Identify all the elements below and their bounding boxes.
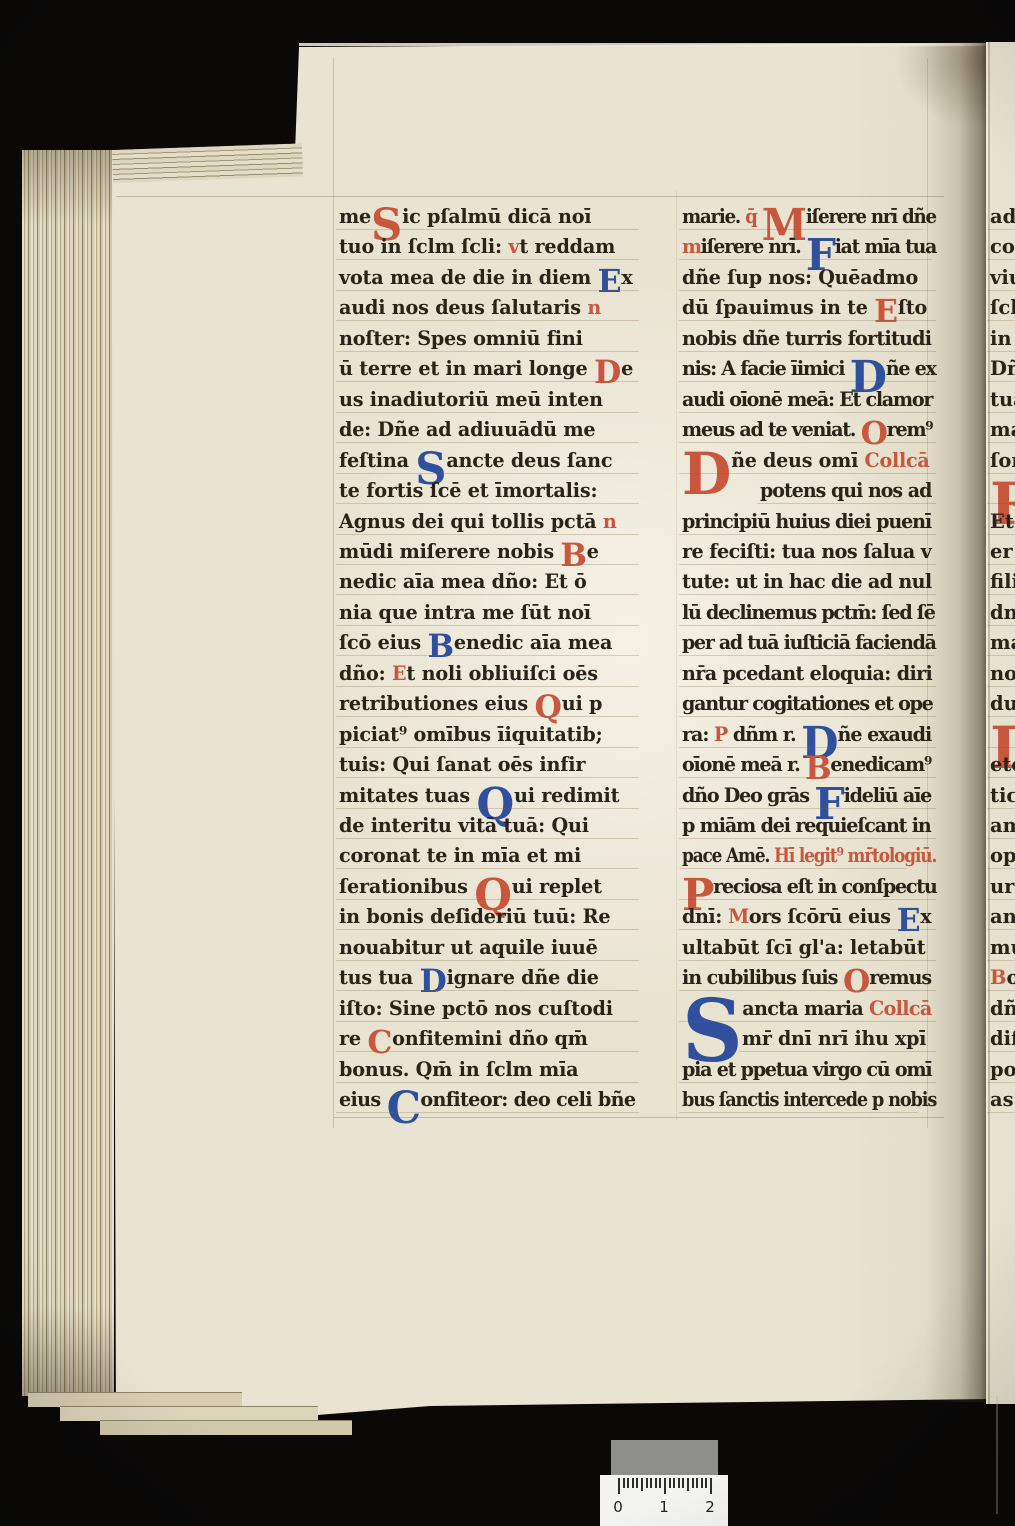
body-text: ors ſcōrū eius bbox=[749, 905, 897, 928]
text-line: dnī bbox=[990, 598, 1015, 629]
text-line: tuo in ſclm ſcli: vt reddam bbox=[339, 232, 634, 263]
text-line: retributiones eius Qui p bbox=[339, 689, 634, 720]
ruler-tick bbox=[641, 1478, 643, 1491]
body-text: Et n bbox=[990, 510, 1015, 533]
leaf-bottom-edge bbox=[100, 1420, 352, 1435]
body-text: ignare dñe die bbox=[447, 966, 599, 989]
text-line: viuī bbox=[990, 263, 1015, 294]
body-text: e bbox=[621, 357, 633, 380]
text-line: tus tua Dignare dñe die bbox=[339, 963, 634, 994]
text-line: dñe ſup nos: Quēadmo bbox=[682, 263, 931, 294]
binding-thread bbox=[996, 1396, 998, 1514]
text-line: pia et ppetua virgo cū omī bbox=[682, 1055, 931, 1086]
text-line: Preciosa eſt in conſpectu bbox=[682, 872, 931, 903]
rubric-text: n bbox=[587, 296, 601, 319]
body-text: ur: bbox=[990, 875, 1015, 898]
body-text: ic pſalmū dicā noī bbox=[402, 205, 591, 228]
text-line: miſerere nrī. Fiat mīa tua bbox=[682, 232, 927, 263]
body-text: filio bbox=[990, 570, 1015, 593]
body-text: ultabūt ſcī gl'a: letabūt bbox=[682, 936, 925, 959]
text-line: ra: P dñm r. Dñe exaudi bbox=[682, 720, 931, 751]
text-line: opi bbox=[990, 841, 1015, 872]
text-line: nr̄a pcedant eloquia: diri bbox=[682, 659, 931, 690]
body-text: ui replet bbox=[512, 875, 602, 898]
ruler-label: 0 bbox=[608, 1498, 628, 1516]
text-line: Re bbox=[990, 476, 1015, 507]
text-line: er ui bbox=[990, 537, 1015, 568]
text-line: ur: bbox=[990, 872, 1015, 903]
body-text: mar̄ bbox=[990, 418, 1015, 441]
ruler-tick bbox=[632, 1478, 634, 1488]
body-text: er ui bbox=[990, 540, 1015, 563]
text-line: oīonē meā r. Benedicam⁹ bbox=[682, 750, 931, 781]
body-text: retributiones eius bbox=[339, 692, 535, 715]
ruler-tick bbox=[627, 1478, 629, 1488]
text-line: Agnus dei qui tollis pctā n bbox=[339, 507, 634, 538]
text-line: gantur cogitationes et ope bbox=[682, 689, 931, 720]
body-text: ſto bbox=[898, 296, 927, 319]
text-line: ticā bbox=[990, 781, 1015, 812]
text-line: principiū huius diei puenī bbox=[682, 507, 931, 538]
text-line: nedic aīa mea dño: Et ō bbox=[339, 567, 634, 598]
body-text: as bbox=[990, 1088, 1014, 1111]
body-text: dñm r. bbox=[727, 723, 801, 746]
body-text: mitates tuas bbox=[339, 784, 476, 807]
body-text: tute: ut in hac die ad nul bbox=[682, 570, 932, 593]
body-text: lū declinemus pctm̄: ſed ſē bbox=[682, 601, 935, 624]
manuscript-photo: meSic pſalmū dicā noītuo in ſclm ſcli: v… bbox=[0, 0, 1015, 1526]
rubric-text: n bbox=[603, 510, 617, 533]
rubric-text: v bbox=[508, 235, 519, 258]
body-text: re feciſti: tua nos ſalua v bbox=[682, 540, 931, 563]
text-line: tute: ut in hac die ad nul bbox=[682, 567, 931, 598]
text-line: tuis: Qui ſanat oēs infir bbox=[339, 750, 634, 781]
ruler-tick bbox=[646, 1478, 648, 1488]
ruler-label: 1 bbox=[654, 1498, 674, 1516]
body-text: nis: A facie īimici bbox=[682, 357, 850, 380]
body-text: ſcō eius bbox=[339, 631, 427, 654]
text-line: dnī: Mors ſcōrū eius Ex bbox=[682, 902, 931, 933]
text-line: eteī bbox=[990, 750, 1015, 781]
text-line: dū ſpauimus in te Eſto bbox=[682, 293, 931, 324]
body-text: nos bbox=[990, 662, 1015, 685]
body-text: opi bbox=[990, 844, 1015, 867]
text-line: piciat⁹ omībus īiquitatib; bbox=[339, 720, 634, 751]
ruler-label: 2 bbox=[700, 1498, 720, 1516]
text-line: tua bbox=[990, 385, 1015, 416]
body-text: iſerere nrī dñe bbox=[806, 205, 936, 228]
body-text: diſ bbox=[990, 1027, 1015, 1050]
body-text: piciat⁹ omībus īiquitatib; bbox=[339, 723, 602, 746]
body-text: bonus. Qm̄ in ſclm mīa bbox=[339, 1058, 578, 1081]
body-text: dñe ſup nos: Quēadmo bbox=[682, 266, 918, 289]
text-line: lū declinemus pctm̄: ſed ſē bbox=[682, 598, 931, 629]
text-line: nis: A facie īimici Dñe ex bbox=[682, 354, 931, 385]
text-line: re feciſti: tua nos ſalua v bbox=[682, 537, 931, 568]
body-text: x bbox=[621, 266, 632, 289]
text-line: dño: Et noli obliuiſci oēs bbox=[339, 659, 634, 690]
rubric-text: E bbox=[392, 662, 406, 685]
text-line: am bbox=[990, 811, 1015, 842]
body-text: tuis: Qui ſanat oēs infir bbox=[339, 753, 585, 776]
body-text: ſon bbox=[990, 449, 1015, 472]
body-text: tuo in ſclm ſcli: bbox=[339, 235, 508, 258]
body-text: ideliū aīe bbox=[844, 784, 931, 807]
rubric-text: B bbox=[990, 966, 1006, 989]
text-line: marie. q̄ Miſerere nrī dñe bbox=[682, 202, 918, 233]
bottom-ruling-line bbox=[334, 1117, 944, 1118]
ruler-tick bbox=[687, 1478, 689, 1491]
body-text: per ad tuā iuſticiā faciendā bbox=[682, 631, 936, 654]
text-line: Bo bbox=[990, 963, 1015, 994]
text-line: te fortis ſcē et īmortalis: bbox=[339, 476, 634, 507]
rubric-text: P bbox=[714, 723, 727, 746]
text-line: audi nos deus ſalutaris n bbox=[339, 293, 634, 324]
rubric-text: m bbox=[682, 235, 701, 258]
text-line: co a bbox=[990, 232, 1015, 263]
body-text: ſclā bbox=[990, 296, 1015, 319]
body-text: onfiteor: deo celi bñe bbox=[420, 1088, 635, 1111]
body-text: tus tua bbox=[339, 966, 419, 989]
body-text: ancta maria bbox=[742, 997, 869, 1020]
body-text: nobis dñe turris fortitudi bbox=[682, 327, 931, 350]
text-line: as bbox=[990, 1085, 1015, 1116]
body-text: re bbox=[339, 1027, 367, 1050]
body-text: dño: bbox=[339, 662, 392, 685]
text-line: ani bbox=[990, 902, 1015, 933]
text-line: De bbox=[990, 720, 1015, 751]
body-text: ticā bbox=[990, 784, 1015, 807]
text-line: ultabūt ſcī gl'a: letabūt bbox=[682, 933, 931, 964]
left-bounding-line bbox=[333, 58, 334, 1128]
body-text: enedicam⁹ bbox=[830, 753, 931, 776]
text-line: mitates tuas Qui redimit bbox=[339, 781, 634, 812]
body-text: tua bbox=[990, 388, 1015, 411]
body-text: dnī: bbox=[682, 905, 728, 928]
body-text: ancte deus ſanc bbox=[446, 449, 612, 472]
text-line: de interitu vitā tuā: Qui bbox=[339, 811, 634, 842]
body-text: nr̄a pcedant eloquia: diri bbox=[682, 662, 932, 685]
body-text: mai bbox=[990, 631, 1015, 654]
ruler-tick bbox=[618, 1478, 620, 1494]
body-text: reciosa eſt in conſpectu bbox=[713, 875, 936, 898]
top-ruling-line bbox=[116, 196, 944, 197]
body-text: eius bbox=[339, 1088, 387, 1111]
body-text: ra: bbox=[682, 723, 714, 746]
text-line: Et n bbox=[990, 507, 1015, 538]
body-text: ſerationibus bbox=[339, 875, 474, 898]
body-text: nia que intra me ſūt noī bbox=[339, 601, 591, 624]
body-text: principiū huius diei puenī bbox=[682, 510, 931, 533]
body-text: bus ſanctis intercede p nobis bbox=[682, 1088, 936, 1111]
ruler-tick bbox=[669, 1478, 671, 1488]
body-text: ñe ex bbox=[886, 357, 936, 380]
text-line: nouabitur ut aquile iuuē bbox=[339, 933, 634, 964]
text-line: de: Dñe ad adiuuādū me bbox=[339, 415, 634, 446]
text-line: in ai bbox=[990, 324, 1015, 355]
body-text: iſto: Sine pctō nos cuſtodi bbox=[339, 997, 613, 1020]
leaf-bottom-edge bbox=[60, 1406, 318, 1421]
text-line: per ad tuā iuſticiā faciendā bbox=[682, 628, 929, 659]
body-text: t reddam bbox=[519, 235, 615, 258]
body-text: ñe deus omī bbox=[731, 449, 864, 472]
body-text: pia et ppetua virgo cū omī bbox=[682, 1058, 931, 1081]
body-text: dū ſpauimus in te bbox=[682, 296, 874, 319]
rubric-text: q̄ bbox=[745, 205, 756, 228]
text-line: dñ bbox=[990, 994, 1015, 1025]
body-text: iat mīa tua bbox=[835, 235, 936, 258]
body-text: ui redimit bbox=[514, 784, 619, 807]
text-line: nobis dñe turris fortitudi bbox=[682, 324, 931, 355]
ruler-tick bbox=[682, 1478, 684, 1488]
ruler-tick bbox=[650, 1478, 652, 1488]
scale-bar-gray-block bbox=[611, 1440, 718, 1477]
ruler-tick bbox=[623, 1478, 625, 1488]
text-line: feſtina Sancte deus ſanc bbox=[339, 446, 634, 477]
body-text: co a bbox=[990, 235, 1015, 258]
text-line: por bbox=[990, 1055, 1015, 1086]
text-line: diſ bbox=[990, 1024, 1015, 1055]
body-text: am bbox=[990, 814, 1015, 837]
body-text: de interitu vitā tuā: Qui bbox=[339, 814, 589, 837]
illuminated-initial: D bbox=[682, 440, 731, 508]
text-line: filio bbox=[990, 567, 1015, 598]
text-line: ſerationibus Qui replet bbox=[339, 872, 634, 903]
text-line: ſcō eius Benedic aīa mea bbox=[339, 628, 634, 659]
body-text: p miām dei requieſcant in bbox=[682, 814, 931, 837]
body-text: e bbox=[587, 540, 599, 563]
text-line: vota mea de die in diem Ex bbox=[339, 263, 634, 294]
rubric-text: M bbox=[728, 905, 749, 928]
body-text: us inadiutoriū meū inten bbox=[339, 388, 603, 411]
body-text: dñ bbox=[990, 997, 1015, 1020]
ruler-tick bbox=[701, 1478, 703, 1488]
text-line: potens qui nos ad bbox=[760, 476, 931, 507]
body-text: meus ad te veniat. bbox=[682, 418, 861, 441]
text-line: p miām dei requieſcant in bbox=[682, 811, 931, 842]
text-line: mūdi miſerere nobis Be bbox=[339, 537, 634, 568]
text-line: ſclā bbox=[990, 293, 1015, 324]
body-text: in ai bbox=[990, 327, 1015, 350]
body-text: Dñe bbox=[990, 357, 1015, 380]
text-line: nia que intra me ſūt noī bbox=[339, 598, 634, 629]
page-top-edge bbox=[299, 43, 988, 46]
leaf-bottom-edge bbox=[28, 1392, 242, 1407]
body-text: nedic aīa mea dño: Et ō bbox=[339, 570, 587, 593]
body-text: dño Deo grās bbox=[682, 784, 814, 807]
body-text: eteī bbox=[990, 753, 1015, 776]
rubric-text: Hī legit⁹ mr̄tologiū. bbox=[774, 844, 936, 867]
body-text: feſtina bbox=[339, 449, 415, 472]
body-text: duu bbox=[990, 692, 1015, 715]
ruler-tick bbox=[636, 1478, 638, 1488]
text-line: Dñe bbox=[990, 354, 1015, 385]
text-line: iſto: Sine pctō nos cuſtodi bbox=[339, 994, 634, 1025]
text-line: meSic pſalmū dicā noī bbox=[339, 202, 634, 233]
text-line: bus ſanctis intercede p nobis bbox=[682, 1085, 913, 1116]
text-line: eius Confiteor: deo celi bñe bbox=[339, 1085, 634, 1116]
body-text: in bonis deſideriū tuū: Re bbox=[339, 905, 610, 928]
body-text: rem⁹ bbox=[887, 418, 933, 441]
text-line: bonus. Qm̄ in ſclm mīa bbox=[339, 1055, 634, 1086]
rubric-text: Collcā bbox=[869, 997, 932, 1020]
illuminated-initial: C bbox=[387, 1083, 421, 1134]
text-line: mu bbox=[990, 933, 1015, 964]
body-text: gantur cogitationes et ope bbox=[682, 692, 933, 715]
text-line: mar̄ l bbox=[990, 415, 1015, 446]
body-text: audi oīonē meā: Et clamor bbox=[682, 388, 932, 411]
text-line: ū terre et in mari longe De bbox=[339, 354, 634, 385]
rubric-text: Collcā bbox=[865, 449, 930, 472]
text-line: dño Deo grās Fideliū aīe bbox=[682, 781, 931, 812]
body-text: vota mea de die in diem bbox=[339, 266, 598, 289]
body-text: mr̄ dnī nrī ihu xpī bbox=[742, 1027, 926, 1050]
ruler-tick bbox=[705, 1478, 707, 1488]
body-text: ad bbox=[990, 205, 1015, 228]
body-text: por bbox=[990, 1058, 1015, 1081]
text-line: us inadiutoriū meū inten bbox=[339, 385, 634, 416]
text-line: coronat te in mīa et mi bbox=[339, 841, 634, 872]
body-text: ū terre et in mari longe bbox=[339, 357, 594, 380]
body-text: x bbox=[920, 905, 931, 928]
body-text: marie. bbox=[682, 205, 745, 228]
body-text: te fortis ſcē et īmortalis: bbox=[339, 479, 597, 502]
body-text: onfitemini dño qm̄ bbox=[392, 1027, 588, 1050]
body-text: coronat te in mīa et mi bbox=[339, 844, 581, 867]
text-line: in bonis deſideriū tuū: Re bbox=[339, 902, 634, 933]
body-text: audi nos deus ſalutaris bbox=[339, 296, 587, 319]
body-text: pace Amē. bbox=[682, 844, 774, 867]
body-text: t noli obliuiſci oēs bbox=[406, 662, 597, 685]
text-line: nos bbox=[990, 659, 1015, 690]
body-text: de: Dñe ad adiuuādū me bbox=[339, 418, 595, 441]
body-text: mūdi miſerere nobis bbox=[339, 540, 560, 563]
body-text: o bbox=[1006, 966, 1015, 989]
body-text: nouabitur ut aquile iuuē bbox=[339, 936, 598, 959]
ruler-tick bbox=[673, 1478, 675, 1488]
body-text: dnī bbox=[990, 601, 1015, 624]
text-line: ad bbox=[990, 202, 1015, 233]
body-text: viuī bbox=[990, 266, 1015, 289]
page-stack-fore-edge bbox=[22, 150, 114, 1396]
body-text: iſerere nrī. bbox=[701, 235, 806, 258]
ruler-tick bbox=[659, 1478, 661, 1488]
body-text: oīonē meā r. bbox=[682, 753, 805, 776]
ruler-tick bbox=[710, 1478, 712, 1494]
text-line: mai bbox=[990, 628, 1015, 659]
ruler-tick bbox=[678, 1478, 680, 1488]
body-text: potens qui nos ad bbox=[760, 479, 931, 502]
body-text: ani bbox=[990, 905, 1015, 928]
text-line: noſter: Spes omniū fini bbox=[339, 324, 634, 355]
body-text: noſter: Spes omniū fini bbox=[339, 327, 583, 350]
ruler-tick bbox=[696, 1478, 698, 1488]
body-text: ui p bbox=[562, 692, 603, 715]
body-text: enedic aīa mea bbox=[454, 631, 612, 654]
body-text: remus bbox=[869, 966, 931, 989]
ruler-tick bbox=[664, 1478, 666, 1494]
text-line: re Confitemini dño qm̄ bbox=[339, 1024, 634, 1055]
body-text: Agnus dei qui tollis pctā bbox=[339, 510, 603, 533]
text-line: audi oīonē meā: Et clamor bbox=[682, 385, 931, 416]
body-text: me bbox=[339, 205, 371, 228]
text-line: Sancta maria Collcā bbox=[682, 994, 931, 1025]
leaf-top-edges bbox=[112, 143, 303, 183]
ruler-tick bbox=[655, 1478, 657, 1488]
ruler-tick bbox=[692, 1478, 694, 1488]
text-line: pace Amē. Hī legit⁹ mr̄tologiū. bbox=[682, 841, 902, 872]
text-line: mr̄ dnī nrī ihu xpī bbox=[742, 1024, 931, 1055]
text-line: Dñe deus omī Collcā bbox=[682, 446, 931, 477]
intercolumn-line bbox=[676, 190, 677, 1120]
body-text: ñe exaudi bbox=[838, 723, 932, 746]
body-text: mu bbox=[990, 936, 1015, 959]
